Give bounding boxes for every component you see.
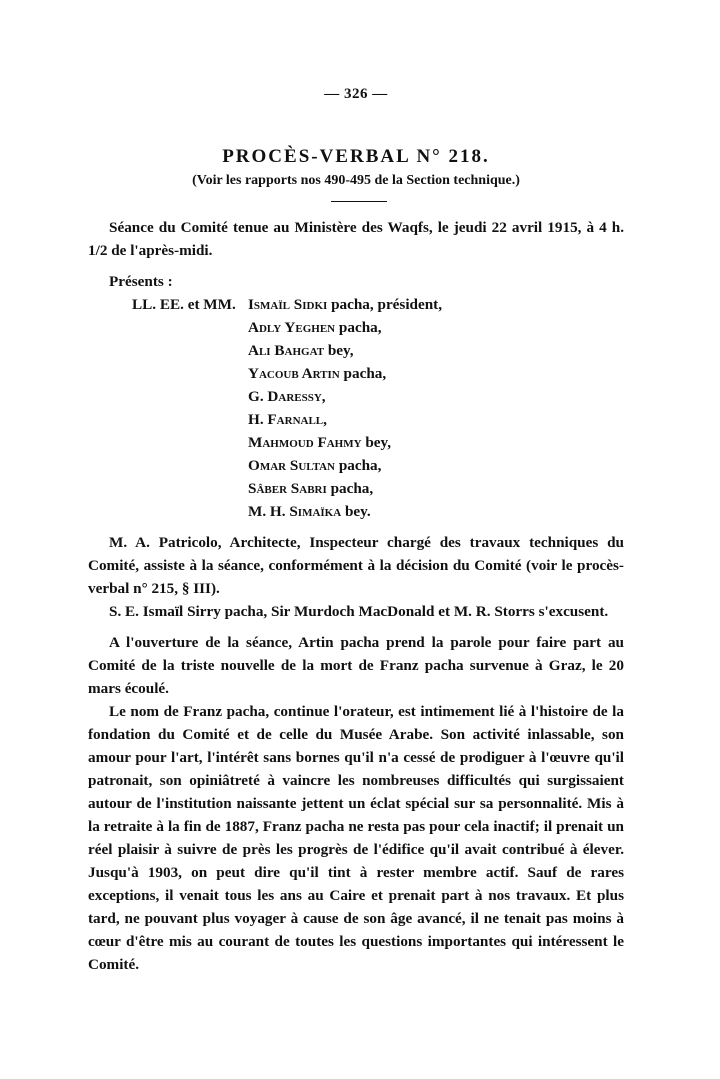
session-paragraph: Séance du Comité tenue au Ministère des … <box>88 216 624 262</box>
member-name: H. Farnall <box>248 411 323 428</box>
member-title: bey, <box>324 342 354 359</box>
member-name: Adly Yeghen <box>248 319 335 336</box>
page-subtitle: (Voir les rapports nos 490-495 de la Sec… <box>88 173 624 189</box>
member-name: G. Daressy <box>248 388 322 405</box>
title-divider <box>331 201 387 202</box>
member-item: Sâber Sabri pacha, <box>88 477 624 500</box>
patricolo-paragraph: M. A. Patricolo, Architecte, Inspecteur … <box>88 531 624 600</box>
presents-label: Présents : <box>109 270 624 293</box>
member-title: pacha, <box>327 480 373 497</box>
page-title: PROCÈS-VERBAL N° 218. <box>88 146 624 168</box>
member-name: Omar Sultan <box>248 457 335 474</box>
franz-paragraph: Le nom de Franz pacha, continue l'orateu… <box>88 700 624 976</box>
member-title: , <box>322 388 326 405</box>
member-item: H. Farnall, <box>88 408 624 431</box>
opening-paragraph: A l'ouverture de la séance, Artin pacha … <box>88 631 624 700</box>
member-title: bey, <box>362 434 392 451</box>
member-title: pacha, <box>335 457 381 474</box>
document-body: Séance du Comité tenue au Ministère des … <box>88 216 624 976</box>
member-title: bey. <box>341 503 371 520</box>
member-item: Adly Yeghen pacha, <box>88 316 624 339</box>
member-item: Ali Bahgat bey, <box>88 339 624 362</box>
member-name: Mahmoud Fahmy <box>248 434 362 451</box>
member-name: Ismaïl Sidki <box>248 296 327 313</box>
member-name: Ali Bahgat <box>248 342 324 359</box>
member-item: M. H. Simaïka bey. <box>88 500 624 523</box>
members-list: LL. EE. et MM.Ismaïl Sidki pacha, présid… <box>88 293 624 523</box>
member-title: pacha, <box>335 319 381 336</box>
member-name: Yacoub Artin <box>248 365 340 382</box>
member-title: pacha, <box>340 365 386 382</box>
member-title: , <box>323 411 327 428</box>
members-lead: LL. EE. et MM. <box>132 293 248 316</box>
member-item: Yacoub Artin pacha, <box>88 362 624 385</box>
member-item: Omar Sultan pacha, <box>88 454 624 477</box>
member-item: Mahmoud Fahmy bey, <box>88 431 624 454</box>
member-item: G. Daressy, <box>88 385 624 408</box>
member-title: pacha, président, <box>327 296 442 313</box>
member-name: M. H. Simaïka <box>248 503 341 520</box>
member-name: Sâber Sabri <box>248 480 327 497</box>
member-item: LL. EE. et MM.Ismaïl Sidki pacha, présid… <box>88 293 624 316</box>
page-number: — 326 — <box>88 86 624 103</box>
excuses-paragraph: S. E. Ismaïl Sirry pacha, Sir Murdoch Ma… <box>88 600 624 623</box>
